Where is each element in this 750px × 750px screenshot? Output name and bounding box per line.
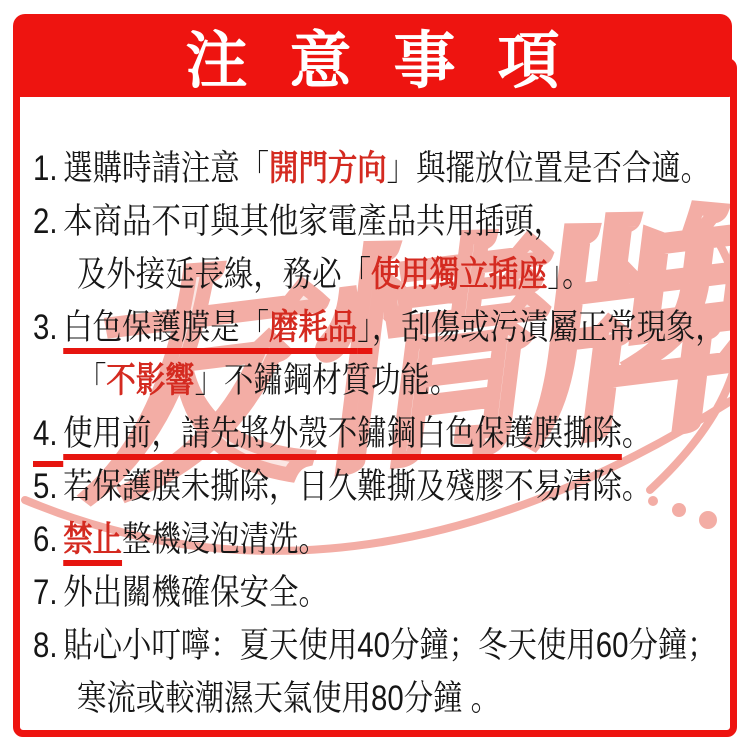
item-number: 1. <box>33 142 63 195</box>
notice-box: 友情牌 1.選購時請注意「開門方向」與擺放位置是否合適。2.本商品不可與其他家電… <box>13 58 737 737</box>
notice-line: 「不影響」不鏽鋼材質功能。 <box>33 354 730 407</box>
notice-line: 3.白色保護膜是「磨耗品」，刮傷或污漬屬正常現象， <box>33 301 730 354</box>
notice-line: 1.選購時請注意「開門方向」與擺放位置是否合適。 <box>33 142 730 195</box>
notice-text-segment: 本商品不可與其他家電產品共用插頭， <box>63 202 563 241</box>
notice-banner: 注 意 事 項 <box>13 14 732 97</box>
notice-page: { "header": { "title": "注 意 事 項" }, "col… <box>0 0 750 750</box>
page-title: 注 意 事 項 <box>185 11 571 100</box>
item-number: 2. <box>33 195 63 248</box>
notice-text-segment: 整機浸泡清洗。 <box>122 520 328 559</box>
notice-line: 6.禁止整機浸泡清洗。 <box>33 513 730 566</box>
notice-text-segment: 。 <box>622 414 651 453</box>
notice-text-segment: 及外接延長線，務必「 <box>77 255 371 294</box>
notice-text-segment: 」 <box>357 308 372 354</box>
notice-text-segment: 開門方向 <box>269 149 387 188</box>
notice-line: 寒流或較潮濕天氣使用80分鐘 。 <box>33 672 730 725</box>
notice-text-segment: 白色保護膜是「 <box>63 308 269 354</box>
notice-text-segment: 不影響 <box>106 361 194 400</box>
notice-text-segment: 外出關機確保安全。 <box>63 573 328 612</box>
notice-line: 2.本商品不可與其他家電產品共用插頭， <box>33 195 730 248</box>
item-number: 8. <box>33 619 63 672</box>
notice-text-segment: 」與擺放位置是否合適。 <box>387 149 710 188</box>
notice-text-segment: 」不鏽鋼材質功能。 <box>195 361 460 400</box>
notice-text-segment: 禁止 <box>63 520 122 566</box>
notice-text-segment: 使用前，請先將外殼不鏽鋼白色保護膜撕除 <box>63 414 622 460</box>
notice-text-segment: 選購時請注意「 <box>63 149 269 188</box>
item-number: 7. <box>33 566 63 619</box>
notice-line: 8.貼心小叮嚀：夏天使用40分鐘；冬天使用60分鐘； <box>33 619 730 672</box>
notice-text-segment: 「 <box>77 361 106 400</box>
notice-text-segment: 使用獨立插座 <box>371 255 547 294</box>
item-number: 3. <box>33 301 63 354</box>
notice-text-segment: ，刮傷或污漬屬正常現象， <box>372 308 725 347</box>
item-number: 5. <box>33 460 63 513</box>
notice-text-segment: 」。 <box>547 255 591 294</box>
notice-text-segment: 若保護膜未撕除，日久難撕及殘膠不易清除。 <box>63 467 651 506</box>
notice-line: 7.外出關機確保安全。 <box>33 566 730 619</box>
item-number: 6. <box>33 513 63 566</box>
notice-list: 1.選購時請注意「開門方向」與擺放位置是否合適。2.本商品不可與其他家電產品共用… <box>27 104 730 725</box>
notice-text-segment: 貼心小叮嚀：夏天使用40分鐘；冬天使用60分鐘； <box>63 626 716 665</box>
item-number: 4. <box>33 407 63 467</box>
notice-line: 4.使用前，請先將外殼不鏽鋼白色保護膜撕除。 <box>33 407 730 460</box>
notice-line: 及外接延長線，務必「使用獨立插座」。 <box>33 248 730 301</box>
notice-line: 5.若保護膜未撕除，日久難撕及殘膠不易清除。 <box>33 460 730 513</box>
notice-text-segment: 磨耗品 <box>269 308 357 354</box>
notice-text-segment: 寒流或較潮濕天氣使用80分鐘 。 <box>77 679 500 718</box>
